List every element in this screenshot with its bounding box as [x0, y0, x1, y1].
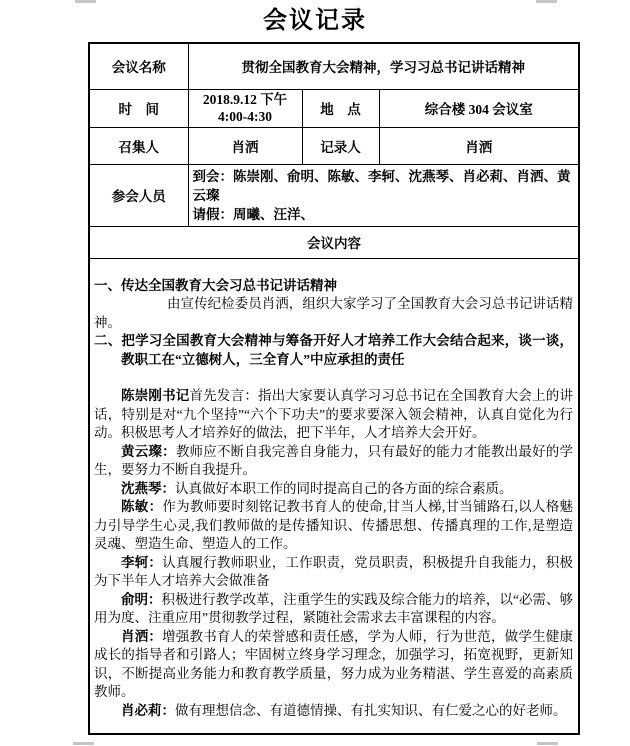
location-value: 综合楼 304 会议室 — [379, 89, 579, 127]
attendees-label: 参会人员 — [89, 164, 188, 226]
time-value-line2: 4:00-4:30 — [189, 108, 302, 125]
page-margin-mark-top-left — [75, 0, 96, 3]
speech-text: 认真做好本职工作的同时提高自己的各方面的综合素质。 — [175, 481, 513, 496]
location-label: 地 点 — [302, 89, 379, 127]
convener-label: 召集人 — [89, 127, 188, 164]
attendees-absent-line: 请假：周曦、汪洋、 — [193, 205, 575, 224]
meeting-name-value: 贯彻全国教育大会精神，学习习总书记讲话精神 — [188, 43, 579, 89]
row-meeting-name: 会议名称 贯彻全国教育大会精神，学习习总书记讲话精神 — [89, 43, 579, 89]
page-margin-mark-top-right — [536, 0, 557, 3]
speaker-name: 沈燕琴： — [121, 481, 175, 496]
meeting-content: 一、传达全国教育大会习总书记讲话精神 由宣传纪检委员肖洒，组织大家学习了全国教育… — [89, 258, 579, 734]
attendees-present-line: 到会：陈崇刚、俞明、陈敏、李轲、沈燕琴、肖必莉、肖洒、黄云璨 — [193, 167, 575, 205]
speech-text: 积极进行教学改革，注重学生的实践及综合能力的培养，以“必需、够用为度、注重应用”… — [94, 592, 573, 626]
meeting-name-label: 会议名称 — [89, 43, 188, 89]
speaker-name: 陈敏： — [121, 499, 162, 514]
speech-text: 认真履行教师职业，工作职责，党员职责，积极提升自我能力，积极为下半年人才培养大会… — [94, 555, 573, 589]
content-heading-1: 一、传达全国教育大会习总书记讲话精神 — [94, 277, 573, 296]
speaker-name: 肖洒： — [121, 629, 162, 644]
speech-paragraph: 肖洒：增强教书育人的荣誉感和责任感，学为人师，行为世范，做学生健康成长的指导者和… — [94, 628, 573, 702]
attendees-value: 到会：陈崇刚、俞明、陈敏、李轲、沈燕琴、肖必莉、肖洒、黄云璨 请假：周曦、汪洋、 — [188, 164, 579, 226]
speech-paragraph: 李轲：认真履行教师职业，工作职责，党员职责，积极提升自我能力，积极为下半年人才培… — [94, 554, 573, 591]
speaker-name: 李轲： — [121, 555, 162, 570]
speech-paragraph: 陈敏：作为教师要时刻铭记教书育人的使命,甘当人梯,甘当铺路石,以人格魅力引导学生… — [94, 498, 573, 554]
time-value: 2018.9.12 下午 4:00-4:30 — [188, 89, 302, 127]
time-label: 时 间 — [89, 89, 188, 127]
content-heading-2: 二、把学习全国教育大会精神与筹备开好人才培养工作大会结合起来，谈一谈，教职工在“… — [94, 332, 573, 369]
row-content-header: 会议内容 — [89, 226, 579, 258]
time-value-line1: 2018.9.12 下午 — [189, 91, 302, 108]
speaker-name: 肖必莉： — [121, 703, 175, 718]
row-content: 一、传达全国教育大会习总书记讲话精神 由宣传纪检委员肖洒，组织大家学习了全国教育… — [89, 258, 579, 734]
content-paragraph-1: 由宣传纪检委员肖洒，组织大家学习了全国教育大会习总书记讲话精神。 — [94, 295, 573, 332]
document-title: 会议记录 — [0, 7, 630, 34]
content-header: 会议内容 — [89, 226, 579, 258]
recorder-value: 肖洒 — [379, 127, 579, 164]
speaker-name: 黄云璨： — [121, 444, 176, 459]
meeting-minutes-table: 会议名称 贯彻全国教育大会精神，学习习总书记讲话精神 时 间 2018.9.12… — [88, 42, 580, 735]
convener-value: 肖洒 — [188, 127, 302, 164]
speech-text: 作为教师要时刻铭记教书育人的使命,甘当人梯,甘当铺路石,以人格魅力引导学生心灵,… — [94, 499, 573, 551]
row-time-location: 时 间 2018.9.12 下午 4:00-4:30 地 点 综合楼 304 会… — [89, 89, 579, 127]
row-convener-recorder: 召集人 肖洒 记录人 肖洒 — [89, 127, 579, 164]
row-attendees: 参会人员 到会：陈崇刚、俞明、陈敏、李轲、沈燕琴、肖必莉、肖洒、黄云璨 请假：周… — [89, 164, 579, 226]
speaker-name: 陈崇刚书记 — [121, 388, 190, 403]
speech-paragraph: 陈崇刚书记首先发言：指出大家要认真学习习总书记在全国教育大会上的讲话，特别是对“… — [94, 387, 573, 443]
page-margin-mark-bottom-right — [537, 742, 558, 745]
speech-paragraph: 沈燕琴：认真做好本职工作的同时提高自己的各方面的综合素质。 — [94, 480, 573, 499]
speech-text: 增强教书育人的荣誉感和责任感，学为人师，行为世范，做学生健康成长的指导者和引路人… — [94, 629, 573, 700]
speech-paragraph: 黄云璨：教师应不断自我完善自身能力，只有最好的能力才能教出最好的学生，要努力不断… — [94, 443, 573, 480]
speech-text: 做有理想信念、有道德情操、有扎实知识、有仁爱之心的好老师。 — [175, 703, 567, 718]
page-margin-mark-bottom-left — [73, 742, 94, 745]
speech-paragraph: 俞明：积极进行教学改革，注重学生的实践及综合能力的培养，以“必需、够用为度、注重… — [94, 591, 573, 628]
speaker-name: 俞明： — [121, 592, 162, 607]
speech-paragraph: 肖必莉：做有理想信念、有道德情操、有扎实知识、有仁爱之心的好老师。 — [94, 702, 573, 721]
recorder-label: 记录人 — [302, 127, 379, 164]
